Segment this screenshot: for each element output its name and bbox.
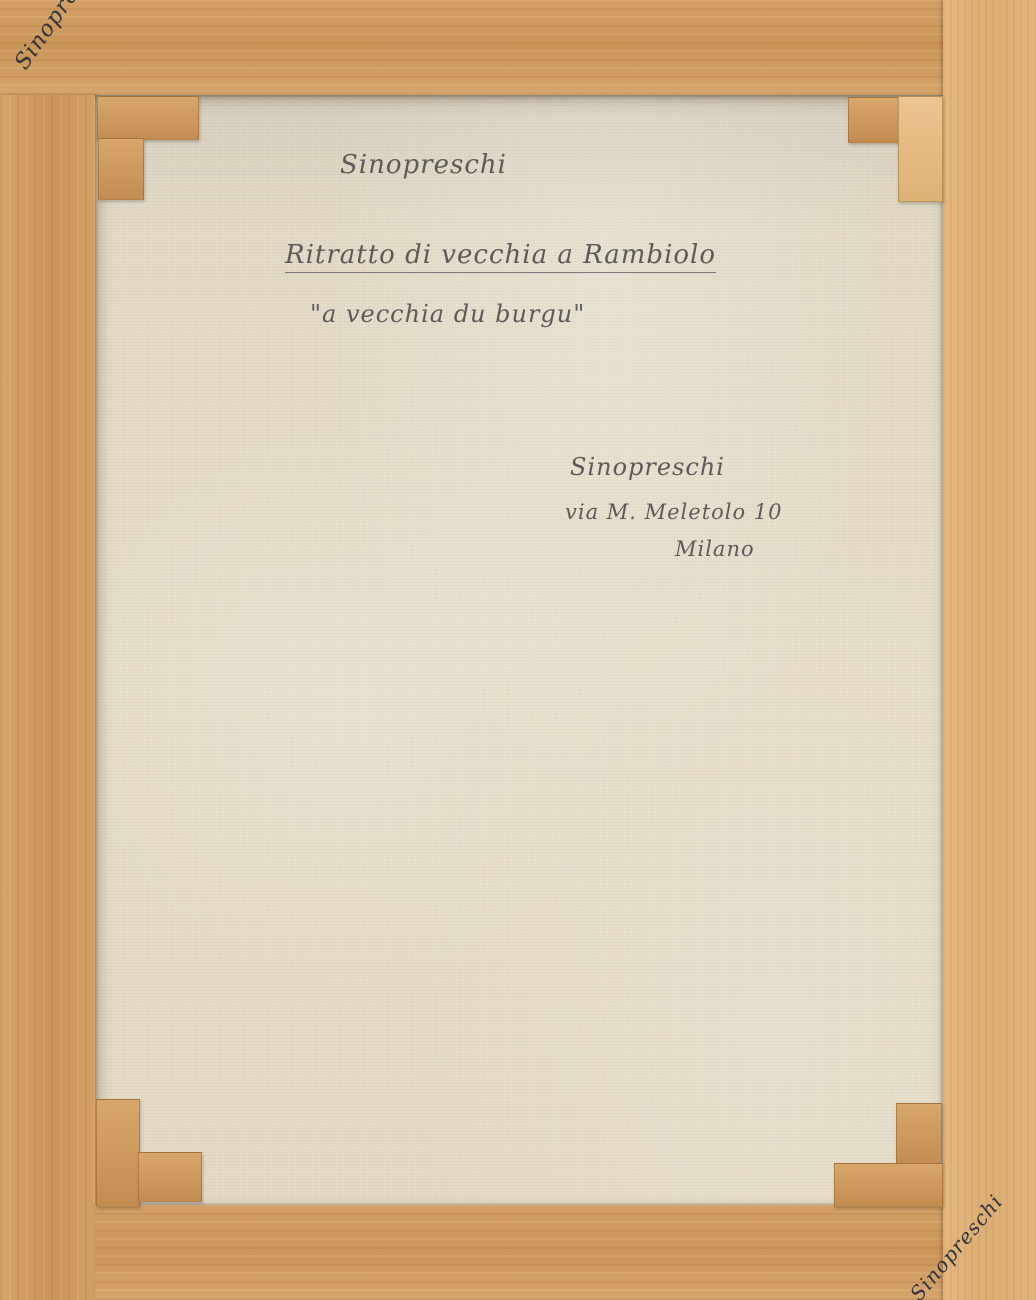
signature-top: Sinopreschi: [340, 150, 507, 180]
corner-key-top-left-h: [97, 96, 199, 140]
signature-mid: Sinopreschi: [570, 453, 725, 481]
stretcher-bar-bottom: [95, 1205, 945, 1300]
stretcher-bar-left: [0, 95, 95, 1300]
address-line-1: via M. Meletolo 10: [565, 500, 783, 524]
stretcher-bar-top: [0, 0, 945, 95]
canvas-linen: Sinopreschi Ritratto di vecchia a Rambio…: [95, 95, 945, 1207]
corner-key-top-right-v: [898, 96, 943, 202]
subtitle-inscription: "a vecchia du burgu": [310, 300, 585, 328]
corner-key-bottom-left-h: [138, 1152, 202, 1202]
address-line-2: Milano: [675, 537, 755, 561]
corner-key-bottom-right-v: [896, 1103, 942, 1165]
corner-key-top-left-v: [98, 138, 144, 200]
corner-key-bottom-left-v: [96, 1099, 140, 1207]
corner-key-top-right-h: [848, 97, 902, 143]
corner-key-bottom-right-h: [834, 1163, 943, 1207]
canvas-back-photo: Sinopreschi Ritratto di vecchia a Rambio…: [0, 0, 1036, 1300]
title-inscription: Ritratto di vecchia a Rambiolo: [285, 240, 716, 273]
stretcher-bar-right: [943, 0, 1036, 1300]
